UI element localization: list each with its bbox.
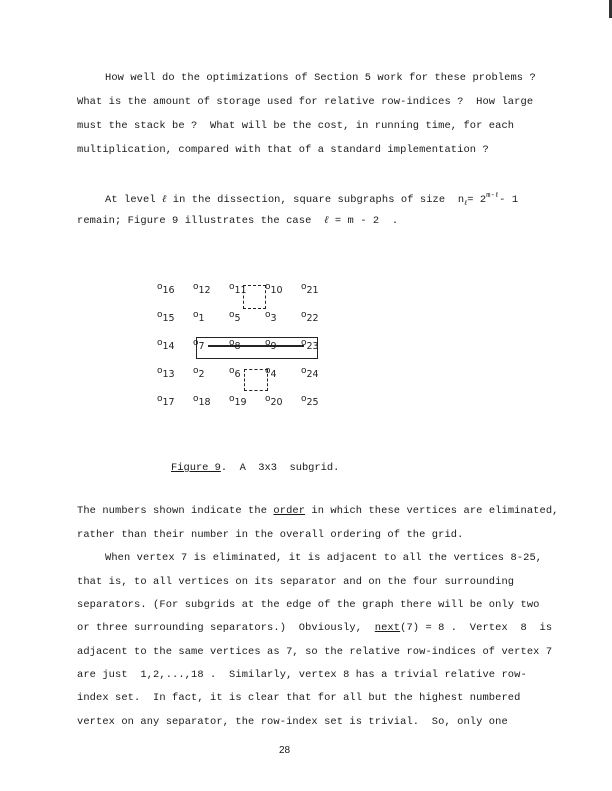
vertex-19: o19 (229, 394, 247, 408)
vertex-7: o7 (193, 338, 205, 352)
vertex-15: o15 (157, 310, 175, 324)
vertex-18: o18 (193, 394, 211, 408)
math-sup: m-ℓ (486, 192, 499, 200)
vertex-10: o10 (265, 282, 283, 296)
page-number: 28 (279, 745, 290, 756)
text: = m - 2 . (329, 215, 399, 227)
vertex-24: o24 (301, 366, 319, 380)
vertex-20: o20 (265, 394, 283, 408)
text: remain; Figure 9 illustrates the case (77, 215, 324, 227)
vertex-8: o8 (229, 338, 241, 352)
vertex-4: o4 (265, 366, 277, 380)
vertex-17: o17 (157, 394, 175, 408)
vertex-5: o5 (229, 310, 241, 324)
text-line: How well do the optimizations of Section… (105, 72, 536, 84)
text-line: separators. (For subgrids at the edge of… (77, 599, 539, 611)
text-line: adjacent to the same vertices as 7, so t… (77, 646, 552, 658)
vertex-13: o13 (157, 366, 175, 380)
vertex-3: o3 (265, 310, 277, 324)
vertex-2: o2 (193, 366, 205, 380)
vertex-22: o22 (301, 310, 319, 324)
vertex-1: o1 (193, 310, 205, 324)
caption-text: . A 3x3 subgrid. (221, 462, 339, 474)
text: = 2 (467, 194, 486, 206)
vertex-23: o23 (301, 338, 319, 352)
vertex-9: o9 (265, 338, 277, 352)
caption-label: Figure 9 (171, 462, 221, 474)
text-line: or three surrounding separators.) Obviou… (77, 622, 552, 634)
text: or three surrounding separators.) Obviou… (77, 622, 375, 634)
separator-edge (208, 345, 304, 347)
separator-box (196, 337, 318, 359)
text-line: The numbers shown indicate the order in … (77, 505, 559, 517)
text-line: index set. In fact, it is clear that for… (77, 692, 520, 704)
text: (7) = 8 . Vertex 8 is (400, 622, 552, 634)
text: The numbers shown indicate the (77, 505, 273, 517)
figure-caption: Figure 9. A 3x3 subgrid. (171, 462, 339, 474)
vertex-6: o6 (229, 366, 241, 380)
text-line-level: At level ℓ in the dissection, square sub… (105, 192, 518, 207)
text-line: that is, to all vertices on its separato… (77, 576, 514, 588)
text-line-case: remain; Figure 9 illustrates the case ℓ … (77, 215, 398, 227)
text: in the dissection, square subgraphs of s… (166, 194, 464, 206)
text-line: What is the amount of storage used for r… (77, 96, 533, 108)
text: At level (105, 194, 162, 206)
text: - 1 (499, 194, 518, 206)
vertex-16: o16 (157, 282, 175, 296)
vertex-11: o11 (229, 282, 247, 296)
vertex-25: o25 (301, 394, 319, 408)
text: in which these vertices are eliminated, (305, 505, 558, 517)
text-line: rather than their number in the overall … (77, 529, 463, 541)
text-line: vertex on any separator, the row-index s… (77, 716, 508, 728)
emphasis-next: next (375, 622, 400, 634)
vertex-14: o14 (157, 338, 175, 352)
text-line: must the stack be ? What will be the cos… (77, 120, 514, 132)
text-line: are just 1,2,...,18 . Similarly, vertex … (77, 669, 527, 681)
emphasis-order: order (273, 505, 305, 517)
vertex-21: o21 (301, 282, 319, 296)
text-line: When vertex 7 is eliminated, it is adjac… (105, 552, 542, 564)
vertex-12: o12 (193, 282, 211, 296)
text-line: multiplication, compared with that of a … (77, 144, 489, 156)
